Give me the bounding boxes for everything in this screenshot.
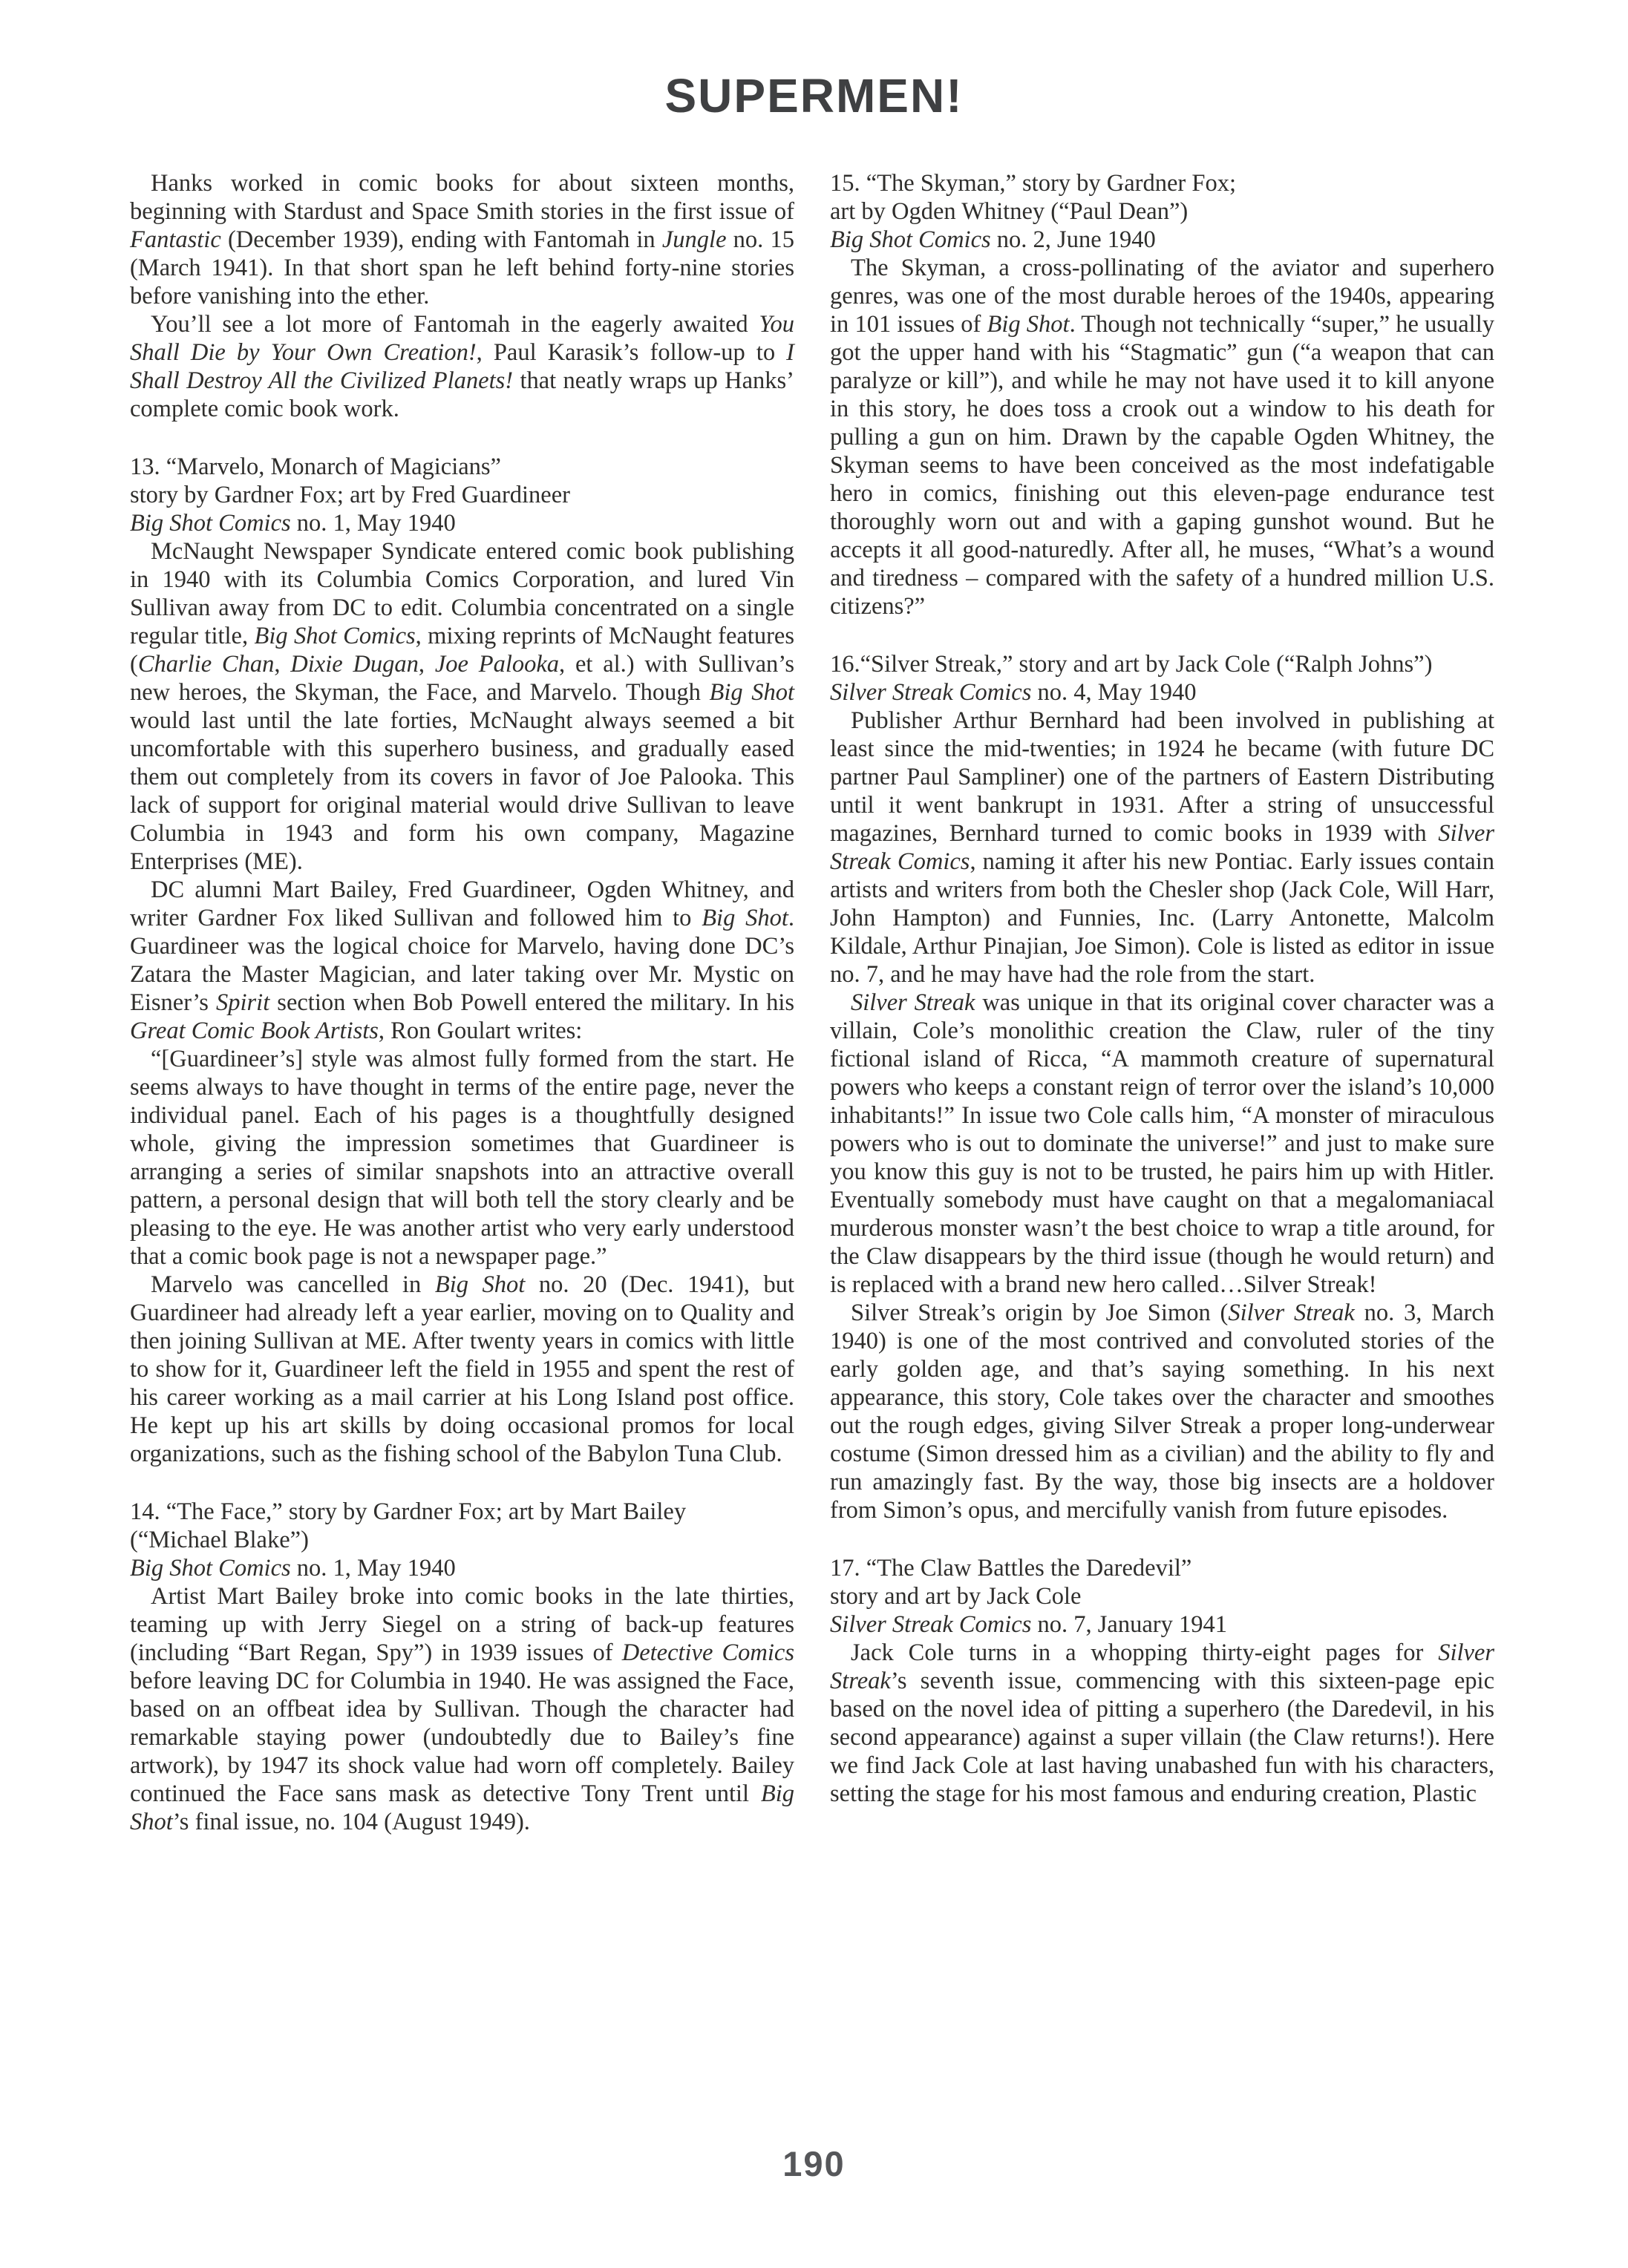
- italic-title-text: Silver Streak: [830, 1639, 1494, 1694]
- italic-title-text: Big Shot: [987, 311, 1069, 338]
- italic-title-text: Joe Palooka: [435, 651, 559, 678]
- italic-title-text: Silver Streak Comics: [830, 679, 1031, 706]
- italic-title-text: Big Shot: [435, 1271, 525, 1298]
- entry-heading: 13. “Marvelo, Monarch of Magicians”story…: [130, 453, 794, 537]
- entry-heading: 17. “The Claw Battles the Daredevil”stor…: [830, 1554, 1494, 1639]
- italic-title-text: Great Comic Book Artists: [130, 1017, 379, 1044]
- entry-heading-line: story by Gardner Fox; art by Fred Guardi…: [130, 481, 794, 509]
- paragraph: The Skyman, a cross-pollinating of the a…: [830, 254, 1494, 620]
- paragraph: Publisher Arthur Bernhard had been invol…: [830, 707, 1494, 989]
- italic-title-text: You Shall Die by Your Own Creation!: [130, 311, 794, 366]
- italic-title-text: Fantastic: [130, 226, 221, 253]
- paragraph: Jack Cole turns in a whopping thirty-eig…: [830, 1639, 1494, 1808]
- italic-title-text: Silver Streak Comics: [830, 1611, 1031, 1638]
- entry-heading-line: Big Shot Comics no. 2, June 1940: [830, 226, 1494, 254]
- entry-heading-line: story and art by Jack Cole: [830, 1582, 1494, 1610]
- book-page: SUPERMEN! Hanks worked in comic books fo…: [0, 0, 1628, 2268]
- paragraph: McNaught Newspaper Syndicate entered com…: [130, 537, 794, 876]
- paragraph: Artist Mart Bailey broke into comic book…: [130, 1582, 794, 1836]
- entry-heading-line: Big Shot Comics no. 1, May 1940: [130, 1554, 794, 1582]
- italic-title-text: Detective Comics: [622, 1639, 794, 1666]
- paragraph: Silver Streak was unique in that its ori…: [830, 989, 1494, 1299]
- right-column: 15. “The Skyman,” story by Gardner Fox;a…: [830, 169, 1494, 1808]
- paragraph: Marvelo was cancelled in Big Shot no. 20…: [130, 1271, 794, 1468]
- page-title: SUPERMEN!: [0, 68, 1628, 123]
- italic-title-text: Big Shot Comics: [130, 510, 291, 537]
- entry-heading-line: Silver Streak Comics no. 4, May 1940: [830, 678, 1494, 707]
- italic-title-text: Silver Streak: [1228, 1299, 1354, 1326]
- italic-title-text: Charlie Chan: [138, 651, 275, 678]
- italic-title-text: Jungle: [662, 226, 727, 253]
- paragraph: “[Guardineer’s] style was almost fully f…: [130, 1045, 794, 1271]
- entry-heading-line: 17. “The Claw Battles the Daredevil”: [830, 1554, 1494, 1582]
- entry-heading-line: 16.“Silver Streak,” story and art by Jac…: [830, 650, 1494, 678]
- entry-heading: 14. “The Face,” story by Gardner Fox; ar…: [130, 1498, 794, 1582]
- italic-title-text: Big Shot Comics: [830, 226, 991, 253]
- italic-title-text: Spirit: [216, 989, 269, 1016]
- entry-heading-line: art by Ogden Whitney (“Paul Dean”): [830, 197, 1494, 226]
- italic-title-text: Big Shot: [710, 679, 795, 706]
- page-number: 190: [0, 2143, 1628, 2184]
- paragraph: DC alumni Mart Bailey, Fred Guardineer, …: [130, 876, 794, 1045]
- entry-heading-line: 14. “The Face,” story by Gardner Fox; ar…: [130, 1498, 794, 1526]
- italic-title-text: Silver Streak: [851, 989, 975, 1016]
- paragraph: You’ll see a lot more of Fantomah in the…: [130, 310, 794, 423]
- italic-title-text: Big Shot: [130, 1780, 794, 1835]
- paragraph: Silver Streak’s origin by Joe Simon (Sil…: [830, 1299, 1494, 1524]
- entry-heading-line: 13. “Marvelo, Monarch of Magicians”: [130, 453, 794, 481]
- italic-title-text: Silver Streak Comics: [830, 820, 1494, 875]
- entry-heading: 15. “The Skyman,” story by Gardner Fox;a…: [830, 169, 1494, 254]
- entry-heading-line: (“Michael Blake”): [130, 1526, 794, 1554]
- paragraph: Hanks worked in comic books for about si…: [130, 169, 794, 310]
- italic-title-text: Dixie Dugan: [290, 651, 419, 678]
- entry-heading-line: Silver Streak Comics no. 7, January 1941: [830, 1610, 1494, 1639]
- italic-title-text: Big Shot Comics: [130, 1555, 291, 1582]
- entry-heading-line: Big Shot Comics no. 1, May 1940: [130, 509, 794, 537]
- italic-title-text: Big Shot: [702, 905, 788, 931]
- italic-title-text: Big Shot Comics: [254, 623, 415, 649]
- entry-heading: 16.“Silver Streak,” story and art by Jac…: [830, 650, 1494, 707]
- left-column: Hanks worked in comic books for about si…: [130, 169, 794, 1836]
- entry-heading-line: 15. “The Skyman,” story by Gardner Fox;: [830, 169, 1494, 197]
